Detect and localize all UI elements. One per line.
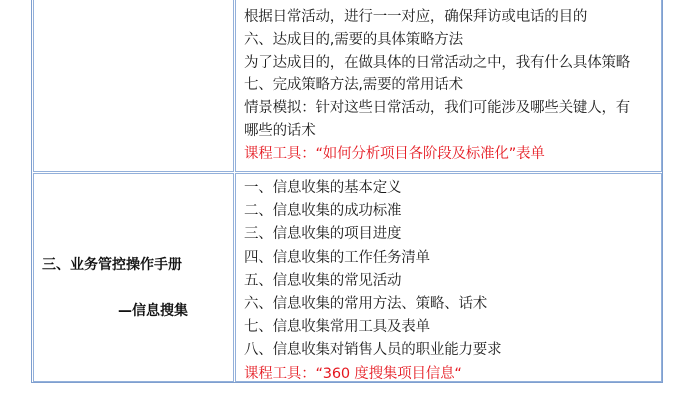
row2-content-cell: 一、信息收集的基本定义 二、信息收集的成功标准 三、信息收集的项目进度 四、信息… <box>235 173 662 382</box>
content-line: 三、信息收集的项目进度 <box>244 223 501 246</box>
section-subtitle: —信息搜集 <box>118 300 188 320</box>
content-line: 二、信息收集的成功标准 <box>244 200 501 223</box>
section-title: 三、业务管控操作手册 <box>42 254 182 274</box>
content-line: 情景模拟：针对这些日常活动，我们可能涉及哪些关键人，有 <box>244 97 630 120</box>
row1-content-cell: 根据日常活动，进行一一对应，确保拜访或电话的目的 六、达成目的,需要的具体策略方… <box>235 0 662 172</box>
content-line: 哪些的话术 <box>244 120 630 143</box>
row1-content-list: 根据日常活动，进行一一对应，确保拜访或电话的目的 六、达成目的,需要的具体策略方… <box>244 6 630 166</box>
content-line: 五、信息收集的常见活动 <box>244 270 501 293</box>
content-line: 根据日常活动，进行一一对应，确保拜访或电话的目的 <box>244 6 630 29</box>
row2-content-list: 一、信息收集的基本定义 二、信息收集的成功标准 三、信息收集的项目进度 四、信息… <box>244 177 501 386</box>
content-line: 八、信息收集对销售人员的职业能力要求 <box>244 339 501 362</box>
content-line: 四、信息收集的工作任务清单 <box>244 247 501 270</box>
content-line: 六、信息收集的常用方法、策略、话术 <box>244 293 501 316</box>
content-line: 六、达成目的,需要的具体策略方法 <box>244 29 630 52</box>
course-outline-table: 根据日常活动，进行一一对应，确保拜访或电话的目的 六、达成目的,需要的具体策略方… <box>31 0 663 383</box>
row1-left-cell <box>33 0 234 172</box>
course-tool-line: 课程工具：“如何分析项目各阶段及标准化”表单 <box>244 143 630 166</box>
row2-section-cell: 三、业务管控操作手册 —信息搜集 <box>33 173 234 382</box>
course-tool-line: 课程工具：“360 度搜集项目信息“ <box>244 363 501 386</box>
content-line: 一、信息收集的基本定义 <box>244 177 501 200</box>
content-line: 七、信息收集常用工具及表单 <box>244 316 501 339</box>
content-line: 为了达成目的，在做具体的日常活动之中，我有什么具体策略 <box>244 52 630 75</box>
content-line: 七、完成策略方法,需要的常用话术 <box>244 74 630 97</box>
